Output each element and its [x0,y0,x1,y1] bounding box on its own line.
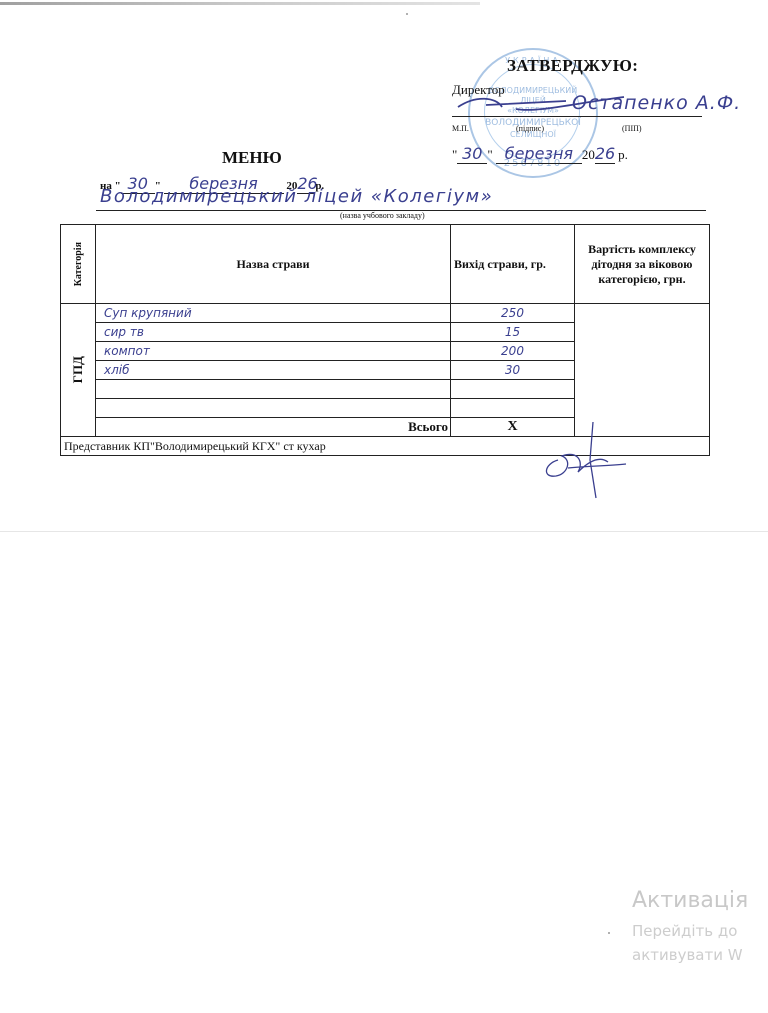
activation-watermark-title: Активація [632,888,748,913]
output-cell: 200 [451,342,575,361]
scan-edge-line [0,2,480,5]
category-cell: ГПД [61,304,96,437]
activation-watermark-line: активувати W [632,946,743,964]
pib-label: (ПІП) [622,124,642,133]
activation-watermark-line: Перейдіть до [632,922,737,940]
scan-fold-line [0,531,768,532]
dish-cell [96,399,451,418]
approval-year: 26 [595,144,615,164]
signature-line [452,116,702,117]
dish-cell: Суп крупяний [96,304,451,323]
output-cell: 15 [451,323,575,342]
output-cell: 250 [451,304,575,323]
table-header-row: Категорія Назва страви Вихід страви, гр.… [61,225,710,304]
signature-label: (підпис) [516,124,544,133]
header-cost: Вартість комплексу дітодня за віковою ка… [575,225,710,304]
school-name-line: Володимирецький ліцей «Колегіум» [96,190,706,211]
cost-cell [575,304,710,437]
school-name: Володимирецький ліцей «Колегіум» [100,186,493,207]
cook-signature [538,420,628,500]
dish-cell: хліб [96,361,451,380]
scan-speck [608,932,610,934]
dish-cell: сир тв [96,323,451,342]
school-name-label: (назва учбового закладу) [340,211,425,220]
dish-cell: компот [96,342,451,361]
approval-month: березня [496,144,582,164]
mp-label: М.П. [452,124,469,133]
header-output: Вихід страви, гр. [451,225,575,304]
dish-cell [96,380,451,399]
header-dish-name: Назва страви [96,225,451,304]
approval-title: ЗАТВЕРДЖУЮ: [507,56,638,76]
output-cell [451,399,575,418]
director-name: Остапенко А.Ф. [572,92,741,114]
output-cell: 30 [451,361,575,380]
table-row: ГПД Суп крупяний 250 [61,304,710,323]
approval-date: "30" березня2026 р. [452,144,628,164]
output-cell [451,380,575,399]
total-label: Всього [96,418,451,437]
scan-speck [406,13,408,15]
approval-day: 30 [457,144,487,164]
menu-title: МЕНЮ [222,148,282,168]
header-category: Категорія [61,225,96,304]
